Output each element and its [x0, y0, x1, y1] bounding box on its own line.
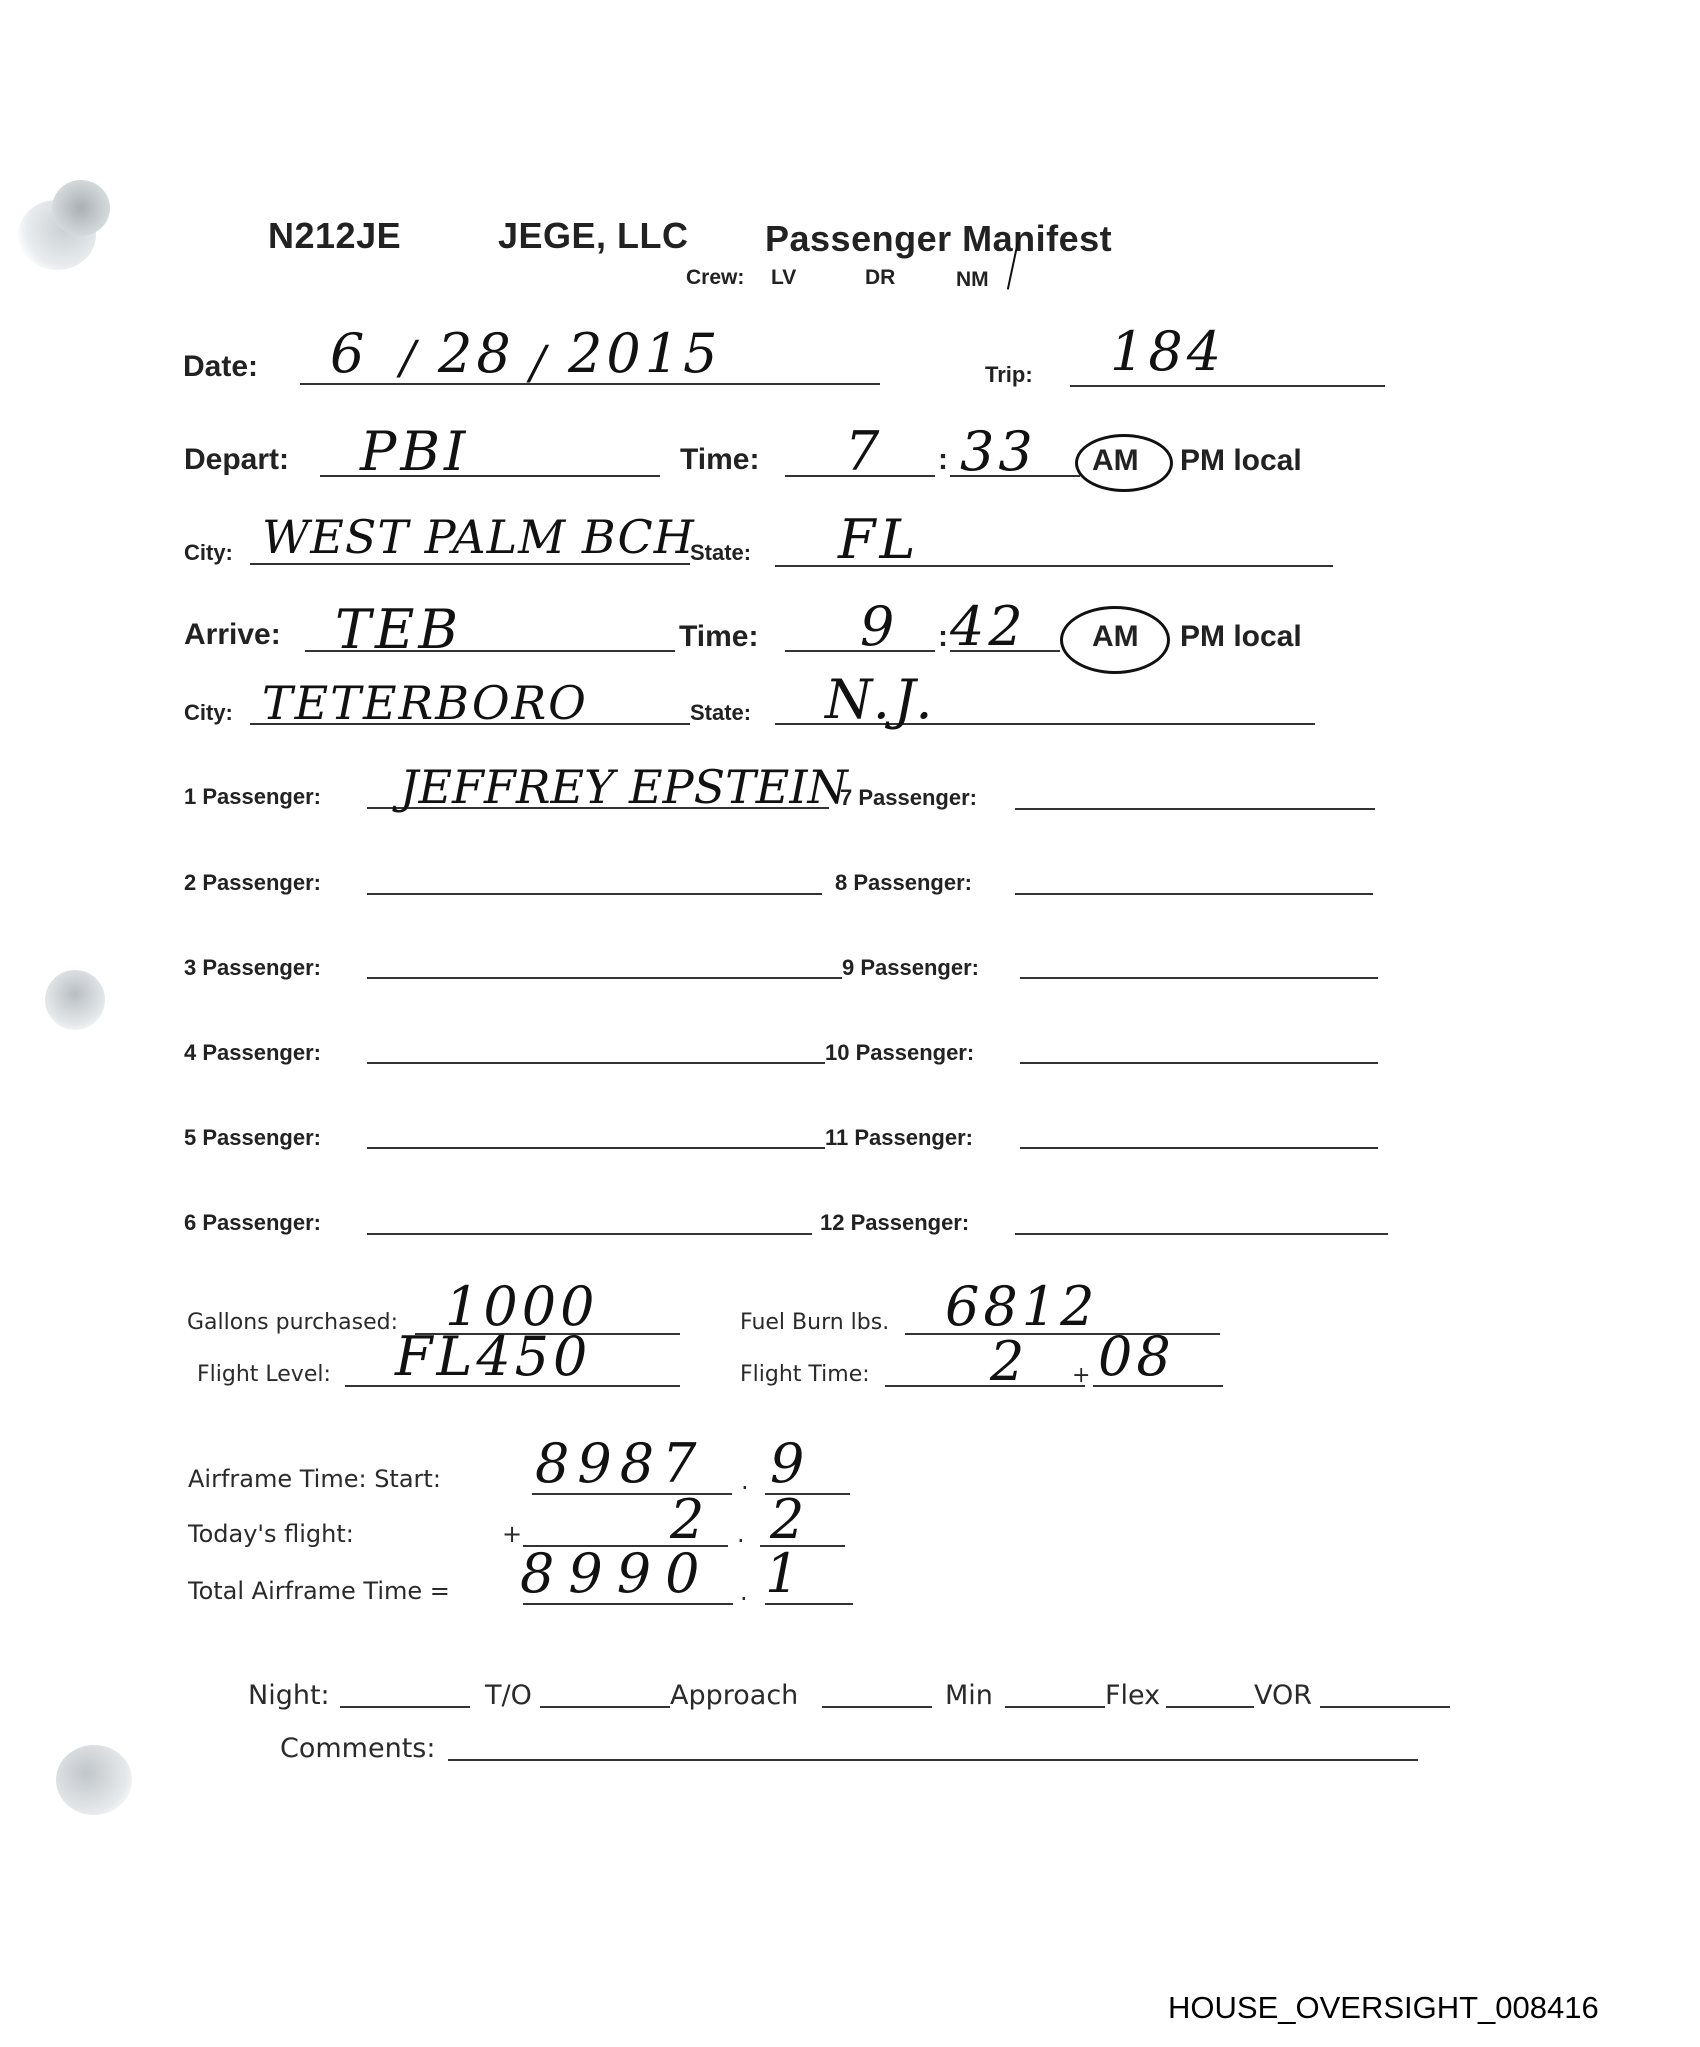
arrive-label: Arrive: — [184, 618, 281, 652]
airframe-start-whole-value: 8987 — [535, 1432, 704, 1495]
passenger-10-label: 10 Passenger: — [825, 1040, 974, 1066]
passenger-4-line[interactable] — [367, 1062, 825, 1064]
date-separator-1: / — [400, 330, 420, 384]
passenger-9-line[interactable] — [1020, 977, 1378, 979]
trip-number-value: 184 — [1110, 320, 1225, 383]
passenger-11-line[interactable] — [1020, 1147, 1378, 1149]
vor-label: VOR — [1254, 1680, 1312, 1711]
arrive-state-value: N.J. — [825, 668, 937, 731]
airframe-start-label: Airframe Time: Start: — [188, 1465, 441, 1493]
passenger-4-label: 4 Passenger: — [184, 1040, 321, 1066]
flight-time-hours-value: 2 — [990, 1330, 1028, 1393]
flex-label: Flex — [1105, 1680, 1160, 1711]
passenger-2-line[interactable] — [367, 893, 822, 895]
total-airframe-label: Total Airframe Time = — [188, 1577, 450, 1605]
arrive-time-label: Time: — [679, 620, 758, 654]
depart-airport-value: PBI — [360, 420, 469, 483]
to-label: T/O — [485, 1680, 532, 1711]
trip-label: Trip: — [985, 362, 1033, 388]
passenger-1-label: 1 Passenger: — [184, 784, 321, 810]
depart-hour-value: 7 — [845, 420, 883, 483]
flight-time-minutes-value: 08 — [1098, 1325, 1175, 1388]
date-label: Date: — [183, 350, 258, 384]
night-label: Night: — [248, 1680, 330, 1711]
flight-level-label: Flight Level: — [197, 1362, 331, 1387]
passenger-2-label: 2 Passenger: — [184, 870, 321, 896]
arrive-pm-local-label: PM local — [1180, 620, 1302, 654]
passenger-3-label: 3 Passenger: — [184, 955, 321, 981]
crew-label: Crew: — [686, 266, 744, 290]
passenger-7-line[interactable] — [1015, 808, 1375, 810]
date-month-value: 6 — [330, 322, 368, 385]
passenger-3-line[interactable] — [367, 977, 842, 979]
approach-field-line[interactable] — [822, 1706, 932, 1708]
arrive-minute-value: 42 — [950, 595, 1027, 658]
depart-time-colon: : — [938, 443, 948, 477]
min-label: Min — [945, 1680, 993, 1711]
passenger-5-label: 5 Passenger: — [184, 1125, 321, 1151]
flight-time-plus: + — [1072, 1363, 1090, 1388]
date-separator-2: / — [530, 335, 550, 389]
airframe-start-dot: . — [741, 1467, 749, 1495]
depart-state-value: FL — [838, 508, 919, 571]
bates-number: HOUSE_OVERSIGHT_008416 — [1168, 1990, 1599, 2026]
comments-field-line[interactable] — [448, 1759, 1418, 1761]
depart-city-value: WEST PALM BCH — [262, 510, 695, 564]
depart-minute-value: 33 — [960, 420, 1037, 483]
passenger-10-line[interactable] — [1020, 1062, 1378, 1064]
flight-time-hours-line[interactable] — [885, 1385, 1085, 1387]
flight-time-label: Flight Time: — [740, 1362, 870, 1387]
flight-level-value: FL450 — [395, 1325, 591, 1388]
depart-state-label: State: — [690, 540, 751, 566]
todays-flight-dot: . — [737, 1520, 745, 1548]
fuel-burn-value: 6812 — [945, 1275, 1098, 1338]
binder-hole-middle — [45, 970, 105, 1030]
crew-member-3: NM — [956, 268, 989, 292]
arrive-state-label: State: — [690, 700, 751, 726]
vor-field-line[interactable] — [1320, 1706, 1450, 1708]
arrive-hour-value: 9 — [860, 595, 898, 658]
passenger-5-line[interactable] — [367, 1147, 825, 1149]
company-name: JEGE, LLC — [498, 215, 689, 257]
crew-member-2: DR — [865, 266, 895, 290]
approach-label: Approach — [670, 1680, 798, 1711]
depart-time-label: Time: — [680, 443, 759, 477]
form-title: Passenger Manifest — [765, 218, 1112, 260]
arrive-airport-value: TEB — [335, 598, 462, 661]
passenger-8-line[interactable] — [1015, 893, 1373, 895]
todays-flight-label: Today's flight: — [188, 1520, 354, 1548]
passenger-1-name: JEFFREY EPSTEIN — [400, 760, 848, 814]
fuel-burn-label: Fuel Burn lbs. — [740, 1310, 889, 1335]
passenger-6-label: 6 Passenger: — [184, 1210, 321, 1236]
arrive-city-label: City: — [184, 700, 233, 726]
passenger-8-label: 8 Passenger: — [835, 870, 972, 896]
flex-field-line[interactable] — [1166, 1706, 1254, 1708]
arrive-time-colon: : — [938, 620, 948, 654]
min-field-line[interactable] — [1005, 1706, 1105, 1708]
airframe-start-decimal-value: 9 — [770, 1432, 808, 1495]
total-airframe-dot: . — [740, 1578, 748, 1606]
passenger-12-label: 12 Passenger: — [820, 1210, 969, 1236]
comments-label: Comments: — [280, 1733, 435, 1764]
depart-am-option[interactable]: AM — [1092, 444, 1139, 478]
arrive-am-option[interactable]: AM — [1092, 620, 1139, 654]
depart-pm-local-label: PM local — [1180, 444, 1302, 478]
crew-member-1: LV — [771, 266, 796, 290]
date-year-value: 2015 — [568, 322, 721, 385]
total-airframe-decimal-value: 1 — [765, 1542, 803, 1605]
night-field-line[interactable] — [340, 1706, 470, 1708]
total-airframe-whole-value: 8990 — [520, 1542, 713, 1605]
to-field-line[interactable] — [540, 1706, 670, 1708]
binder-hole-top-shadow — [52, 180, 110, 236]
date-day-value: 28 — [438, 322, 515, 385]
passenger-11-label: 11 Passenger: — [825, 1125, 973, 1151]
passenger-9-label: 9 Passenger: — [842, 955, 979, 981]
binder-hole-bottom — [56, 1745, 132, 1815]
passenger-7-label: 7 Passenger: — [840, 785, 977, 811]
passenger-6-line[interactable] — [367, 1233, 812, 1235]
arrive-city-value: TETERBORO — [262, 676, 588, 730]
gallons-purchased-label: Gallons purchased: — [187, 1310, 398, 1335]
depart-label: Depart: — [184, 443, 289, 477]
tail-number: N212JE — [268, 215, 401, 257]
depart-city-label: City: — [184, 540, 233, 566]
passenger-12-line[interactable] — [1015, 1233, 1388, 1235]
trip-field-line[interactable] — [1070, 385, 1385, 387]
